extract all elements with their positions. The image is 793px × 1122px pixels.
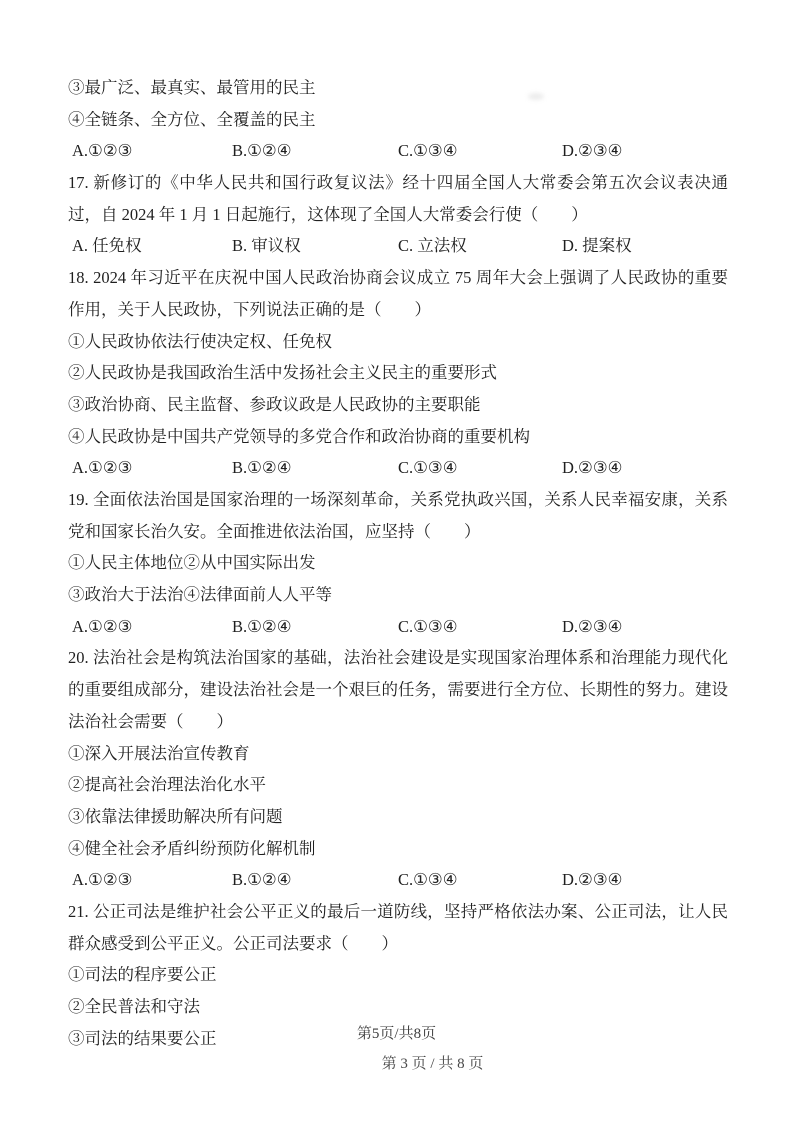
question-19-choices: A.①②③ B.①②④ C.①③④ D.②③④: [68, 611, 728, 643]
choice-b: B. 审议权: [232, 230, 398, 262]
question-21-item-1: ①司法的程序要公正: [68, 959, 728, 991]
choice-b: B.①②④: [232, 452, 398, 484]
choice-d: D.②③④: [562, 135, 728, 167]
question-18-choices: A.①②③ B.①②④ C.①③④ D.②③④: [68, 452, 728, 484]
choice-c: C.①③④: [398, 452, 562, 484]
choice-b: B.①②④: [232, 135, 398, 167]
question-17-stem: 17. 新修订的《中华人民共和国行政复议法》经十四届全国人大常委会第五次会议表决…: [68, 167, 728, 230]
choice-d: D.②③④: [562, 611, 728, 643]
choice-a: A.①②③: [72, 135, 232, 167]
choice-a: A. 任免权: [72, 230, 232, 262]
question-16-choices: A.①②③ B.①②④ C.①③④ D.②③④: [68, 135, 728, 167]
choice-d: D.②③④: [562, 864, 728, 896]
choice-d: D.②③④: [562, 452, 728, 484]
question-19-items-3-4: ③政治大于法治④法律面前人人平等: [68, 579, 728, 611]
question-16-item-4: ④全链条、全方位、全覆盖的民主: [68, 104, 728, 136]
question-20-item-3: ③依靠法律援助解决所有问题: [68, 801, 728, 833]
question-18-item-4: ④人民政协是中国共产党领导的多党合作和政治协商的重要机构: [68, 421, 728, 453]
choice-c: C. 立法权: [398, 230, 562, 262]
question-21-item-2: ②全民普法和守法: [68, 991, 728, 1023]
page-number-inner: 第5页/共8页: [0, 1024, 793, 1044]
choice-a: A.①②③: [72, 452, 232, 484]
question-18-item-2: ②人民政协是我国政治生活中发扬社会主义民主的重要形式: [68, 357, 728, 389]
choice-c: C.①③④: [398, 864, 562, 896]
question-19-stem: 19. 全面依法治国是国家治理的一场深刻革命，关系党执政兴国，关系人民幸福安康，…: [68, 484, 728, 547]
question-20-stem: 20. 法治社会是构筑法治国家的基础，法治社会建设是实现国家治理体系和治理能力现…: [68, 642, 728, 737]
choice-b: B.①②④: [232, 611, 398, 643]
question-18-stem: 18. 2024 年习近平在庆祝中国人民政治协商会议成立 75 周年大会上强调了…: [68, 262, 728, 325]
question-16-item-3: ③最广泛、最真实、最管用的民主: [68, 72, 728, 104]
question-18-item-1: ①人民政协依法行使决定权、任免权: [68, 326, 728, 358]
question-21-stem: 21. 公正司法是维护社会公平正义的最后一道防线，坚持严格依法办案、公正司法，让…: [68, 896, 728, 959]
choice-d: D. 提案权: [562, 230, 728, 262]
page-number-outer: 第 3 页 / 共 8 页: [36, 1054, 793, 1074]
question-17-choices: A. 任免权 B. 审议权 C. 立法权 D. 提案权: [68, 230, 728, 262]
question-20-item-2: ②提高社会治理法治化水平: [68, 769, 728, 801]
choice-b: B.①②④: [232, 864, 398, 896]
question-20-choices: A.①②③ B.①②④ C.①③④ D.②③④: [68, 864, 728, 896]
choice-c: C.①③④: [398, 611, 562, 643]
exam-document-page: ③最广泛、最真实、最管用的民主 ④全链条、全方位、全覆盖的民主 A.①②③ B.…: [0, 0, 793, 1122]
question-18-item-3: ③政治协商、民主监督、参政议政是人民政协的主要职能: [68, 389, 728, 421]
choice-a: A.①②③: [72, 864, 232, 896]
page-content: ③最广泛、最真实、最管用的民主 ④全链条、全方位、全覆盖的民主 A.①②③ B.…: [68, 72, 728, 1054]
choice-c: C.①③④: [398, 135, 562, 167]
question-20-item-1: ①深入开展法治宣传教育: [68, 738, 728, 770]
question-20-item-4: ④健全社会矛盾纠纷预防化解机制: [68, 833, 728, 865]
choice-a: A.①②③: [72, 611, 232, 643]
question-19-items-1-2: ①人民主体地位②从中国实际出发: [68, 547, 728, 579]
